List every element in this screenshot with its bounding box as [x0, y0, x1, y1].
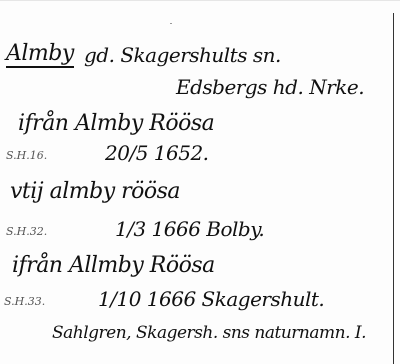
entry-2-date: 1/3 1666 Bolby.: [115, 217, 264, 241]
entry-3-ref: S.H.33.: [4, 295, 45, 308]
entry-2-ref: S.H.32.: [6, 225, 47, 238]
entry-3-text: ifrån Allmby Röösa: [12, 253, 215, 278]
entry-2-text: vtij almby röösa: [10, 179, 180, 204]
source-citation: Sahlgren, Skagersh. sns naturnamn. I.: [52, 323, 366, 343]
entry-1-ref: S.H.16.: [6, 149, 47, 162]
archive-card: Almby gd. Skagershults sn. Edsbergs hd. …: [0, 0, 400, 364]
headword: Almby: [6, 41, 74, 68]
entry-3-date: 1/10 1666 Skagershult.: [98, 287, 324, 311]
entry-1-text: ifrån Almby Röösa: [18, 111, 214, 136]
scan-speck: [170, 23, 172, 24]
header-district: Edsbergs hd. Nrke.: [176, 75, 364, 99]
header-location: gd. Skagershults sn.: [84, 43, 281, 67]
card-border: [393, 13, 394, 364]
entry-1-date: 20/5 1652.: [105, 141, 209, 165]
